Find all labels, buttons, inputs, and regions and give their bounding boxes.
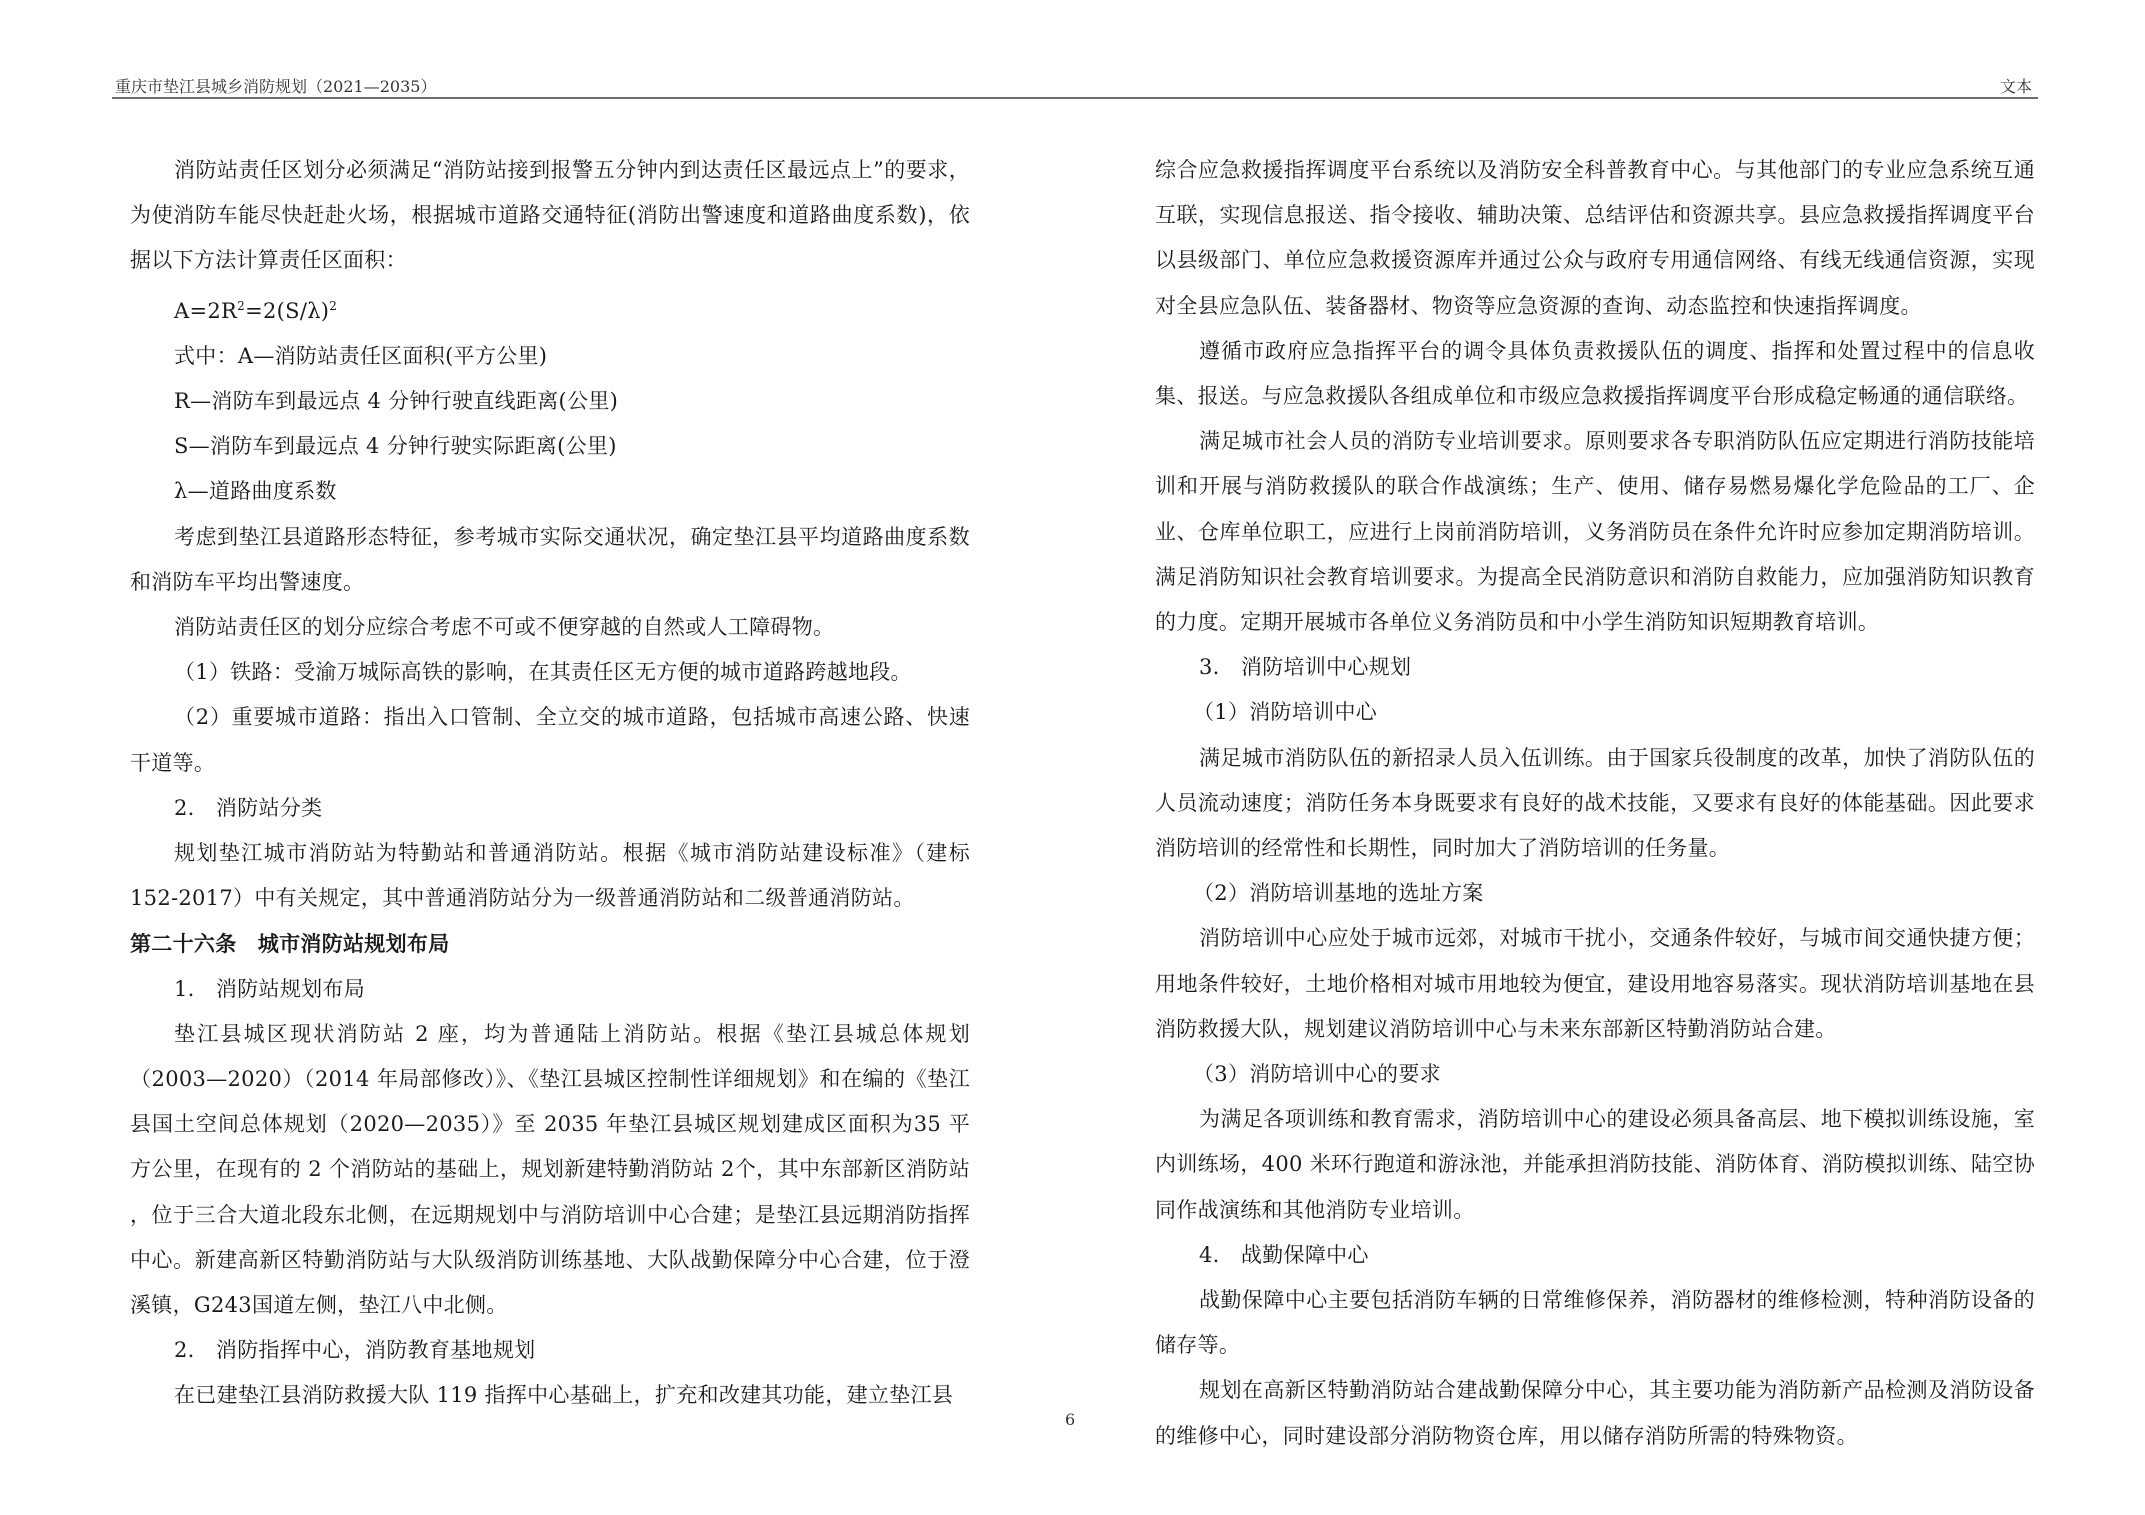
left-column: 消防站责任区划分必须满足“消防站接到报警五分钟内到达责任区最远点上”的要求，为使… — [130, 148, 970, 1419]
sub-subsection-heading: （1）消防培训中心 — [1155, 690, 2035, 735]
page-number: 6 — [1065, 1410, 1075, 1429]
subsection-heading: 3. 消防培训中心规划 — [1155, 645, 2035, 690]
paragraph: 消防站责任区的划分应综合考虑不可或不便穿越的自然或人工障碍物。 — [130, 605, 970, 650]
list-item: （2）重要城市道路：指出入口管制、全立交的城市道路，包括城市高速公路、快速干道等… — [130, 695, 970, 785]
paragraph: 为满足各项训练和教育需求，消防培训中心的建设必须具备高层、地下模拟训练设施，室内… — [1155, 1097, 2035, 1233]
sub-subsection-heading: （2）消防培训基地的选址方案 — [1155, 871, 2035, 916]
formula-definition: S—消防车到最远点 4 分钟行驶实际距离(公里) — [130, 424, 970, 469]
paragraph: 规划垫江城市消防站为特勤站和普通消防站。根据《城市消防站建设标准》（建标152-… — [130, 831, 970, 921]
paragraph: 遵循市政府应急指挥平台的调令具体负责救援队伍的调度、指挥和处置过程中的信息收集、… — [1155, 329, 2035, 419]
subsection-heading: 1. 消防站规划布局 — [130, 967, 970, 1012]
subsection-heading: 2. 消防站分类 — [130, 786, 970, 831]
paragraph: 消防站责任区划分必须满足“消防站接到报警五分钟内到达责任区最远点上”的要求，为使… — [130, 148, 970, 284]
article-heading: 第二十六条 城市消防站规划布局 — [130, 921, 970, 966]
formula-definition: R—消防车到最远点 4 分钟行驶直线距离(公里) — [130, 379, 970, 424]
paragraph: 考虑到垫江县道路形态特征，参考城市实际交通状况，确定垫江县平均道路曲度系数和消防… — [130, 515, 970, 605]
paragraph: 综合应急救援指挥调度平台系统以及消防安全科普教育中心。与其他部门的专业应急系统互… — [1155, 148, 2035, 329]
section-label: 文本 — [2000, 74, 2032, 97]
paragraph: 垫江县城区现状消防站 2 座，均为普通陆上消防站。根据《垫江县城总体规划（200… — [130, 1012, 970, 1328]
formula-definition: 式中：A—消防站责任区面积(平方公里) — [130, 334, 970, 379]
paragraph: 满足城市消防队伍的新招录人员入伍训练。由于国家兵役制度的改革，加快了消防队伍的人… — [1155, 736, 2035, 872]
paragraph: 战勤保障中心主要包括消防车辆的日常维修保养，消防器材的维修检测，特种消防设备的储… — [1155, 1278, 2035, 1368]
paragraph: 满足城市社会人员的消防专业培训要求。原则要求各专职消防队伍应定期进行消防技能培训… — [1155, 419, 2035, 645]
paragraph: 消防培训中心应处于城市远郊，对城市干扰小，交通条件较好，与城市间交通快捷方便；用… — [1155, 916, 2035, 1052]
formula: A=2R2=2(S/λ)2 — [130, 284, 970, 334]
paragraph: 在已建垫江县消防救援大队 119 指挥中心基础上，扩充和改建其功能，建立垫江县 — [130, 1373, 970, 1418]
list-item: （1）铁路：受渝万城际高铁的影响，在其责任区无方便的城市道路跨越地段。 — [130, 650, 970, 695]
sub-subsection-heading: （3）消防培训中心的要求 — [1155, 1052, 2035, 1097]
paragraph: 规划在高新区特勤消防站合建战勤保障分中心，其主要功能为消防新产品检测及消防设备的… — [1155, 1368, 2035, 1458]
subsection-heading: 2. 消防指挥中心，消防教育基地规划 — [130, 1328, 970, 1373]
formula-definition: λ—道路曲度系数 — [130, 469, 970, 514]
document-title: 重庆市垫江县城乡消防规划（2021—2035） — [115, 74, 436, 97]
subsection-heading: 4. 战勤保障中心 — [1155, 1233, 2035, 1278]
right-column: 综合应急救援指挥调度平台系统以及消防安全科普教育中心。与其他部门的专业应急系统互… — [1155, 148, 2035, 1459]
header-divider — [112, 97, 2038, 99]
